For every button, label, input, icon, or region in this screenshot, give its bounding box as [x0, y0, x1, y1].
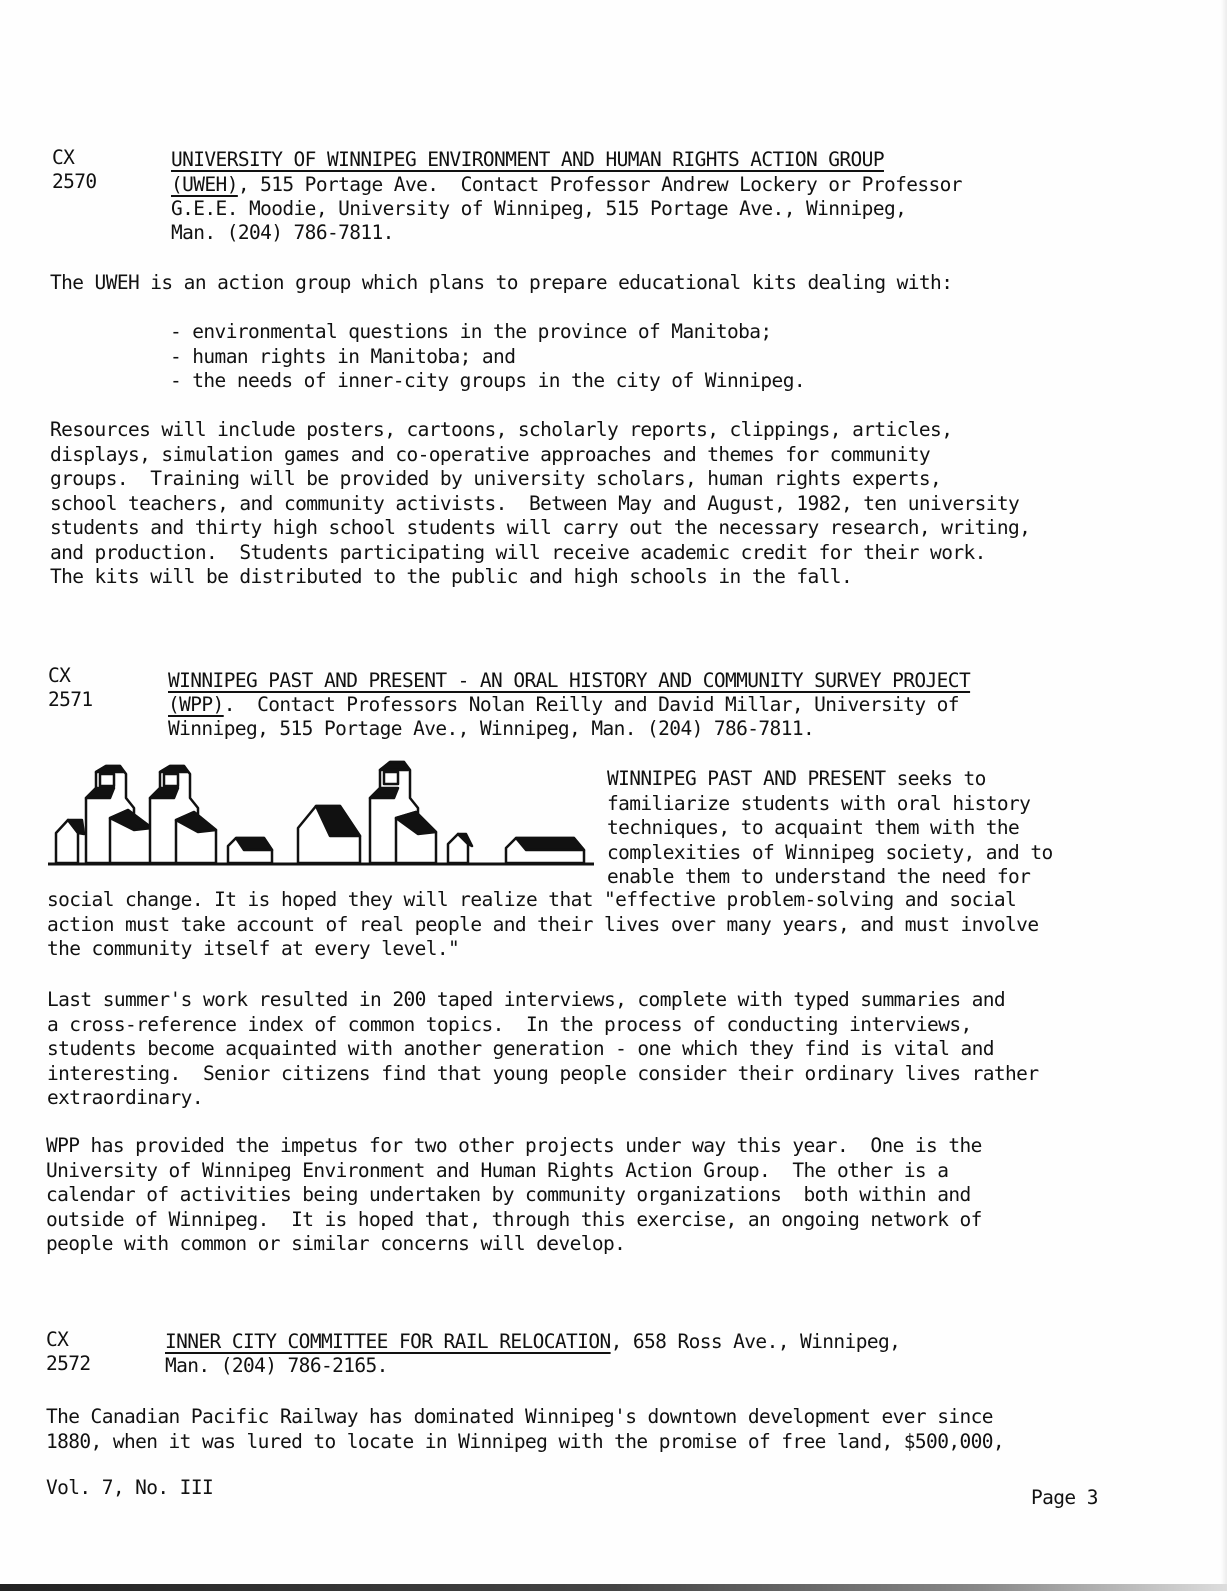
bullet-item: - the needs of inner-city groups in the …	[170, 369, 805, 394]
paragraph-line: groups. Training will be provided by uni…	[50, 467, 1030, 492]
paragraph-line: a cross-reference index of common topics…	[47, 1013, 1038, 1038]
paragraph-line: WPP has provided the impetus for two oth…	[46, 1134, 982, 1159]
entry-code: CX	[52, 146, 74, 170]
grain-elevators-illustration	[48, 758, 594, 870]
entry-number: 2572	[46, 1352, 91, 1376]
paragraph-line: the community itself at every level."	[47, 937, 1038, 962]
entry-address-line: Man. (204) 786-7811.	[171, 221, 394, 245]
paragraph-line: Last summer's work resulted in 200 taped…	[47, 988, 1038, 1013]
paragraph-line: extraordinary.	[47, 1086, 1038, 1111]
paragraph-line: Resources will include posters, cartoons…	[50, 418, 1030, 443]
paragraph-line: outside of Winnipeg. It is hoped that, t…	[46, 1208, 982, 1233]
entry-address-line: G.E.E. Moodie, University of Winnipeg, 5…	[171, 197, 906, 221]
entry-code: CX	[48, 664, 70, 688]
paragraph-line: action must take account of real people …	[47, 913, 1038, 938]
paragraph-line: The Canadian Pacific Railway has dominat…	[46, 1405, 1004, 1430]
entry-heading-line: WINNIPEG PAST AND PRESENT - AN ORAL HIST…	[168, 669, 970, 693]
paragraph-line: displays, simulation games and co-operat…	[50, 443, 1030, 468]
scan-bottom-edge	[0, 1584, 1227, 1591]
paragraph-line: complexities of Winnipeg society, and to	[607, 841, 1053, 866]
paragraph-line: social change. It is hoped they will rea…	[47, 888, 1038, 913]
entry-heading-line: (WPP). Contact Professors Nolan Reilly a…	[168, 693, 959, 717]
entry-address-line: Man. (204) 786-2165.	[165, 1354, 388, 1378]
entry-heading-line: INNER CITY COMMITTEE FOR RAIL RELOCATION…	[165, 1330, 900, 1354]
bullet-item: - environmental questions in the provinc…	[170, 320, 805, 345]
entry-heading-line: (UWEH), 515 Portage Ave. Contact Profess…	[171, 173, 962, 197]
page-number: Page 3	[1031, 1486, 1098, 1509]
paragraph-line: enable them to understand the need for	[607, 865, 1053, 890]
entry-address-line: Winnipeg, 515 Portage Ave., Winnipeg, Ma…	[168, 717, 814, 741]
paragraph-line: familiarize students with oral history	[607, 792, 1053, 817]
body-paragraph: Last summer's work resulted in 200 taped…	[47, 988, 1038, 1111]
body-paragraph: social change. It is hoped they will rea…	[47, 888, 1038, 962]
paragraph-line: WINNIPEG PAST AND PRESENT seeks to	[607, 767, 1053, 792]
entry-number: 2571	[48, 688, 93, 712]
scan-edge	[1221, 0, 1227, 1591]
entry-number: 2570	[52, 170, 97, 194]
paragraph-line: school teachers, and community activists…	[50, 492, 1030, 517]
entry-heading-line: UNIVERSITY OF WINNIPEG ENVIRONMENT AND H…	[171, 148, 884, 172]
body-paragraph: The Canadian Pacific Railway has dominat…	[46, 1405, 1004, 1454]
body-paragraph: Resources will include posters, cartoons…	[50, 418, 1030, 590]
paragraph-line: and production. Students participating w…	[50, 541, 1030, 566]
paragraph-line: The kits will be distributed to the publ…	[50, 565, 1030, 590]
paragraph-line: techniques, to acquaint them with the	[607, 816, 1053, 841]
paragraph-line: 1880, when it was lured to locate in Win…	[46, 1430, 1004, 1455]
intro-text: The UWEH is an action group which plans …	[50, 271, 952, 295]
volume-number: Vol. 7, No. III	[46, 1476, 213, 1499]
paragraph-line: students and thirty high school students…	[50, 516, 1030, 541]
body-paragraph: WPP has provided the impetus for two oth…	[46, 1134, 982, 1257]
paragraph-line: students become acquainted with another …	[47, 1037, 1038, 1062]
paragraph-line: interesting. Senior citizens find that y…	[47, 1062, 1038, 1087]
side-text: WINNIPEG PAST AND PRESENT seeks to famil…	[607, 767, 1053, 890]
paragraph-line: University of Winnipeg Environment and H…	[46, 1159, 982, 1184]
bullet-list: - environmental questions in the provinc…	[170, 320, 805, 394]
paragraph-line: calendar of activities being undertaken …	[46, 1183, 982, 1208]
paragraph-line: people with common or similar concerns w…	[46, 1232, 982, 1257]
bullet-item: - human rights in Manitoba; and	[170, 345, 805, 370]
entry-code: CX	[46, 1328, 68, 1352]
